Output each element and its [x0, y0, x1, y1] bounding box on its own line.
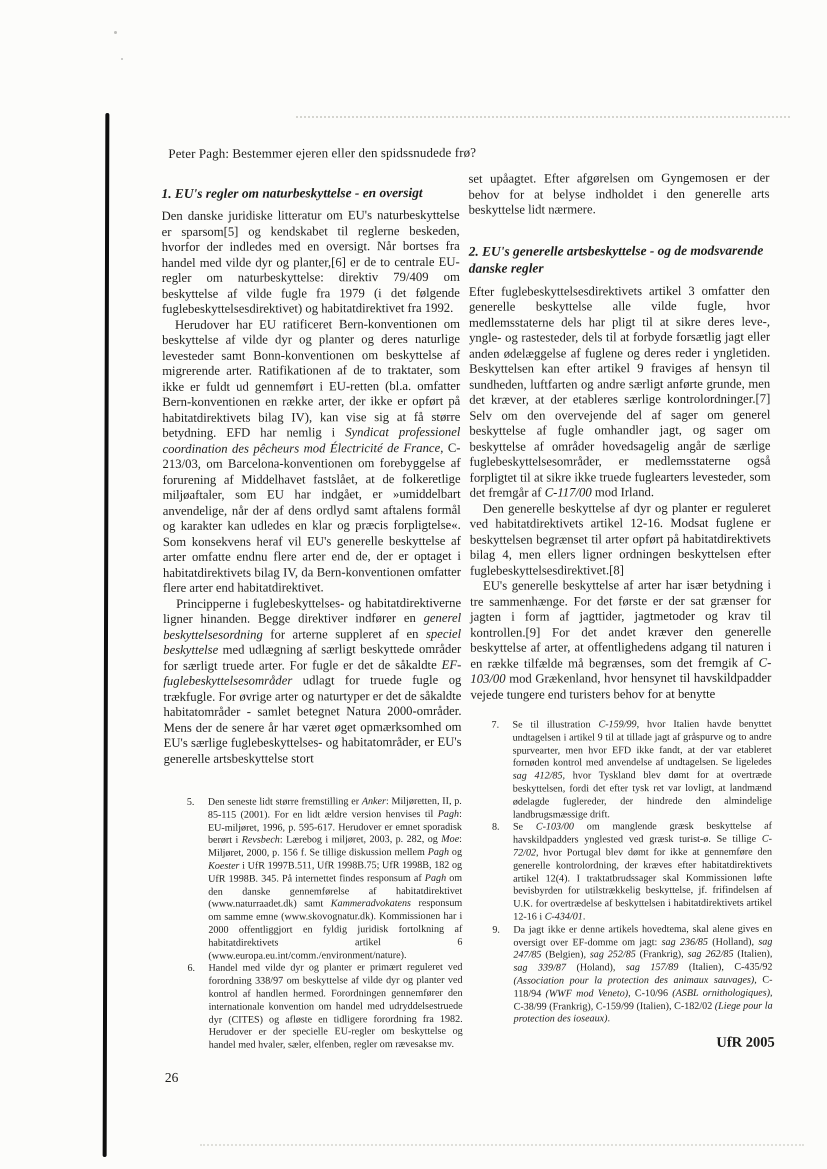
- italic-text: C-72/02: [513, 834, 772, 859]
- italic-text: C-117/00: [545, 485, 592, 499]
- paragraph: Efter fuglebeskyttelsesdirektivets artik…: [469, 283, 771, 501]
- right-footnotes: 7.Se til illustration C-159/99, hvor Ita…: [471, 719, 773, 1027]
- footnote-number: 9.: [492, 924, 513, 1026]
- italic-text: Pagh: [428, 847, 449, 858]
- paragraph: Den danske juridiske litteratur om EU's …: [162, 208, 460, 318]
- footnote-text: Se til illustration C-159/99, hvor Itali…: [513, 719, 772, 822]
- left-column: 1. EU's regler om naturbeskyttelse - en …: [161, 184, 462, 1053]
- italic-text: (WWF mod Veneto): [546, 988, 629, 999]
- italic-text: sag 262/85: [688, 949, 734, 960]
- italic-text: C-103/00: [536, 822, 574, 833]
- italic-text: Pagh: [425, 873, 446, 884]
- running-header: Peter Pagh: Bestemmer ejeren eller den s…: [168, 145, 476, 162]
- italic-text: generel beskyttelsesordning: [163, 611, 461, 642]
- document-page: Peter Pagh: Bestemmer ejeren eller den s…: [0, 0, 827, 1169]
- left-footnotes: 5.Den seneste lidt større fremstilling e…: [164, 796, 463, 1053]
- section-heading-2: 2. EU's generelle artsbeskyttelse - og d…: [469, 241, 770, 276]
- italic-text: (Association pour la protection des anim…: [514, 975, 755, 987]
- paragraph: Herudover har EU ratificeret Bern-konven…: [162, 316, 461, 596]
- italic-text: C-159/99: [598, 719, 636, 730]
- footnote-item: 7.Se til illustration C-159/99, hvor Ita…: [492, 719, 772, 822]
- continuation-paragraph: set upåagtet. Efter afgørelsen om Gyngem…: [468, 171, 769, 219]
- italic-text: sag 252/85: [590, 949, 636, 960]
- italic-text: EF-fuglebeskyttelsesområder: [163, 657, 461, 688]
- footnote-text: Handel med vilde dyr og planter er primæ…: [208, 962, 462, 1053]
- footnote-item: 8.Se C-103/00 om manglende græsk beskytt…: [492, 821, 772, 924]
- footnote-number: 5.: [187, 797, 209, 963]
- italic-text: sag 157/89: [626, 962, 679, 973]
- italic-text: Anker: [362, 796, 386, 807]
- italic-text: (ASBL ornithologiques): [672, 987, 770, 998]
- paragraph: EU's generelle beskyttelse af arter har …: [470, 578, 771, 703]
- footnote-text: Den seneste lidt større fremstilling er …: [208, 796, 463, 963]
- italic-text: C-434/01: [545, 911, 583, 922]
- paragraph: Principperne i fuglebeskyttelses- og hab…: [163, 595, 462, 767]
- section-heading-1: 1. EU's regler om naturbeskyttelse - en …: [161, 184, 459, 202]
- footnote-number: 8.: [492, 822, 513, 924]
- italic-text: Koester: [208, 861, 239, 872]
- footnote-item: 5.Den seneste lidt større fremstilling e…: [187, 796, 463, 963]
- italic-text: sag 339/87: [513, 963, 566, 974]
- paragraph: Den generelle beskyttelse af dyr og plan…: [470, 500, 771, 579]
- italic-text: Moe: [441, 834, 459, 845]
- journal-mark: UfR 2005: [716, 1035, 774, 1052]
- footnote-number: 6.: [187, 963, 208, 1053]
- footnote-text: Se C-103/00 om manglende græsk beskyttel…: [513, 821, 772, 924]
- footnote-number: 7.: [492, 720, 513, 822]
- italic-text: Syndicat professionel coordination des p…: [162, 425, 460, 456]
- left-column-body: Den danske juridiske litteratur om EU's …: [162, 208, 462, 767]
- page-number: 26: [165, 1070, 179, 1086]
- italic-text: Pagh: [438, 809, 459, 820]
- italic-text: sag 236/85: [662, 936, 708, 947]
- footnote-text: Da jagt ikke er denne artikels hovedtema…: [513, 923, 772, 1026]
- right-column: set upåagtet. Efter afgørelsen om Gyngem…: [468, 171, 772, 1027]
- page-content: Peter Pagh: Bestemmer ejeren eller den s…: [0, 0, 827, 1169]
- right-column-body: Efter fuglebeskyttelsesdirektivets artik…: [469, 283, 772, 703]
- footnote-item: 6.Handel med vilde dyr og planter er pri…: [187, 962, 462, 1053]
- italic-text: sag 412/85: [513, 771, 563, 782]
- italic-text: (Liege pour la protection des ioseaux): [514, 1000, 773, 1025]
- italic-text: sag 247/85: [513, 936, 772, 961]
- italic-text: C-103/00: [470, 655, 771, 686]
- footnote-item: 9.Da jagt ikke er denne artikels hovedte…: [492, 923, 772, 1026]
- italic-text: Revsbech: [242, 835, 280, 846]
- italic-text: Kammeradvokatens: [331, 898, 411, 909]
